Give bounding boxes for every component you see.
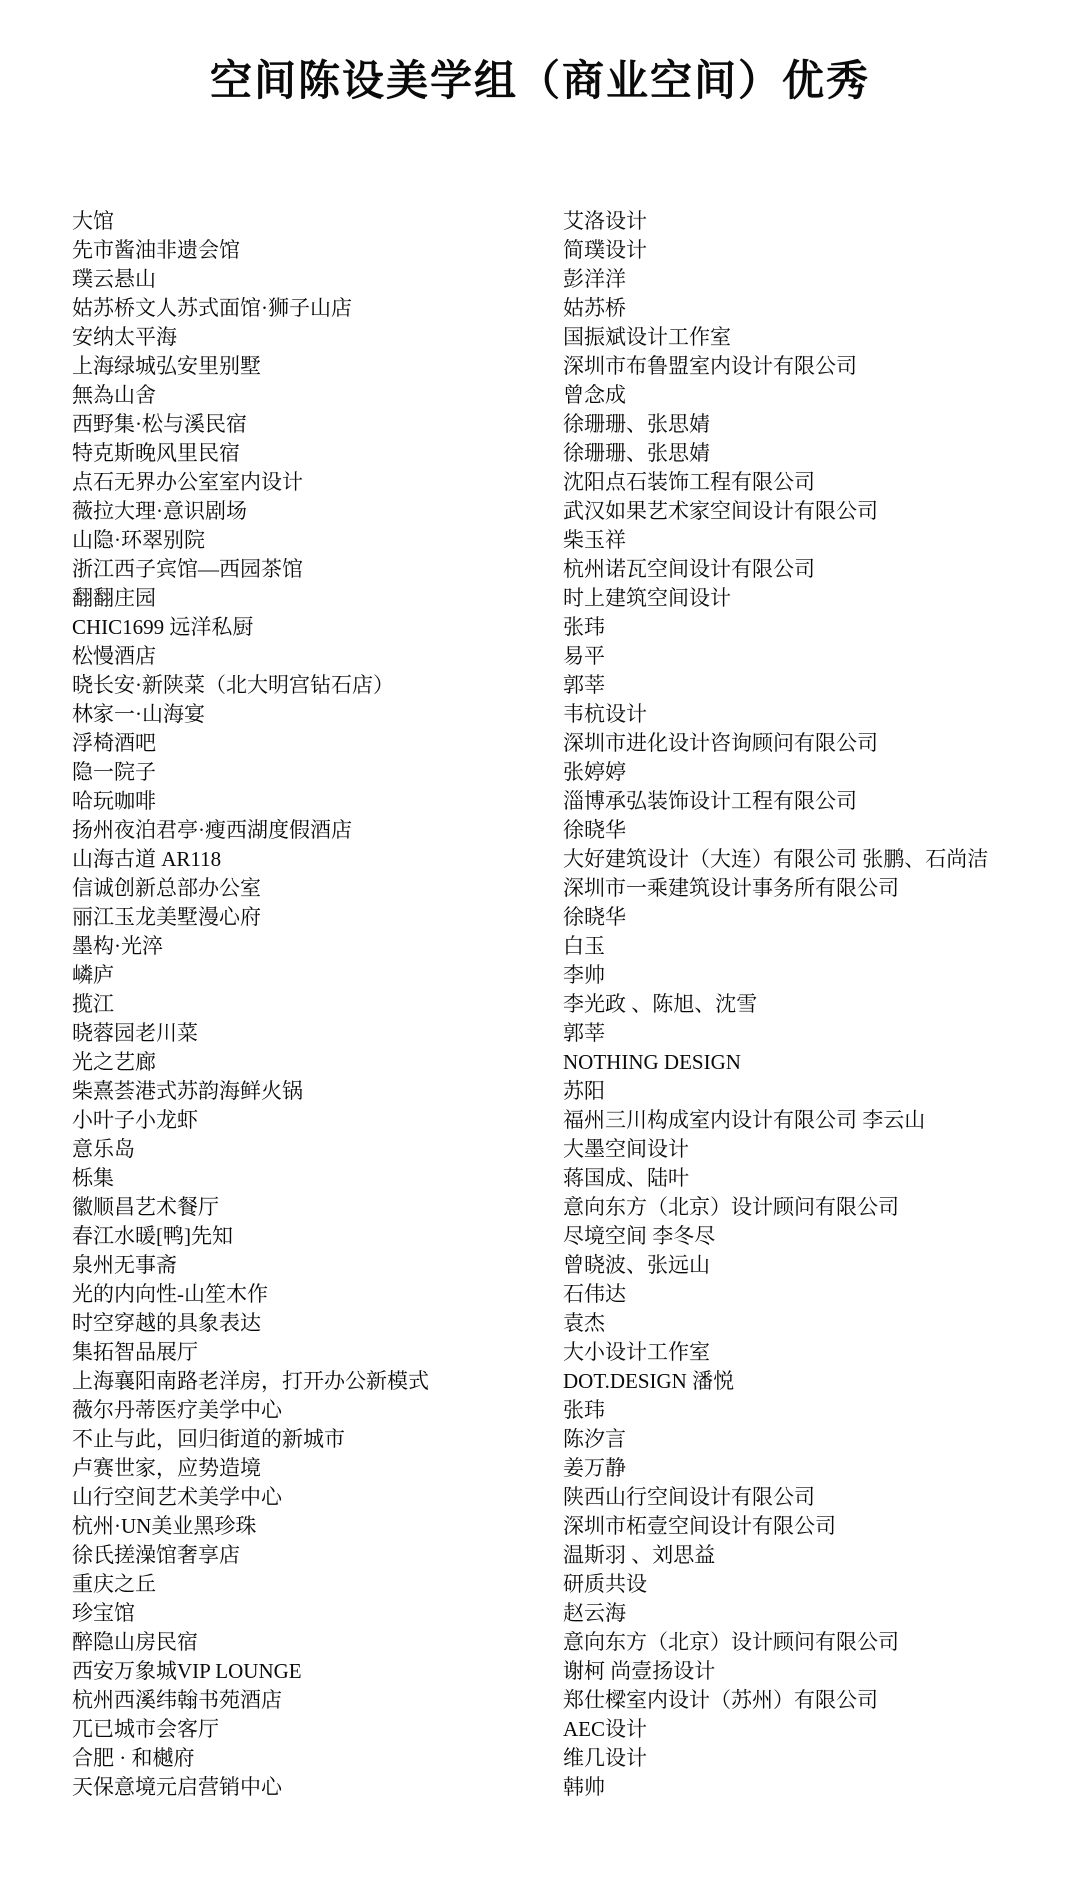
award-row: 浙江西子宾馆—西园茶馆杭州诺瓦空间设计有限公司 [72,555,1060,584]
award-row: 天保意境元启营销中心韩帅 [72,1773,1060,1802]
designer-name: 大小设计工作室 [563,1338,1060,1367]
project-name: 西安万象城VIP LOUNGE [72,1657,563,1686]
project-name: 翻翻庄园 [72,584,563,613]
project-name: 光之艺廊 [72,1048,563,1077]
award-list: 大馆艾洛设计先市酱油非遗会馆简璞设计璞云悬山彭洋洋姑苏桥文人苏式面馆·狮子山店姑… [0,207,1080,1802]
project-name: 姑苏桥文人苏式面馆·狮子山店 [72,294,563,323]
award-row: 西安万象城VIP LOUNGE谢柯 尚壹扬设计 [72,1657,1060,1686]
designer-name: AEC设计 [563,1715,1060,1744]
project-name: 浙江西子宾馆—西园茶馆 [72,555,563,584]
award-row: 扬州夜泊君亭·瘦西湖度假酒店徐晓华 [72,816,1060,845]
award-row: 小叶子小龙虾福州三川构成室内设计有限公司 李云山 [72,1106,1060,1135]
award-row: 合肥 · 和樾府维几设计 [72,1744,1060,1773]
designer-name: 艾洛设计 [563,207,1060,236]
award-row: 林家一·山海宴韦杭设计 [72,700,1060,729]
project-name: 大馆 [72,207,563,236]
award-row: 兀已城市会客厅AEC设计 [72,1715,1060,1744]
award-row: 泉州无事斋曾晓波、张远山 [72,1251,1060,1280]
designer-name: 淄博承弘装饰设计工程有限公司 [563,787,1060,816]
project-name: 意乐岛 [72,1135,563,1164]
award-row: 春江水暖[鸭]先知尽境空间 李冬尽 [72,1222,1060,1251]
project-name: 上海襄阳南路老洋房，打开办公新模式 [72,1367,563,1396]
designer-name: 维几设计 [563,1744,1060,1773]
designer-name: 谢柯 尚壹扬设计 [563,1657,1060,1686]
award-row: 点石无界办公室室内设计沈阳点石装饰工程有限公司 [72,468,1060,497]
project-name: 重庆之丘 [72,1570,563,1599]
project-name: 合肥 · 和樾府 [72,1744,563,1773]
award-row: 柴熹荟港式苏韵海鲜火锅苏阳 [72,1077,1060,1106]
designer-name: 石伟达 [563,1280,1060,1309]
designer-name: 苏阳 [563,1077,1060,1106]
award-row: 卢赛世家，应势造境姜万静 [72,1454,1060,1483]
award-page: 空间陈设美学组（商业空间）优秀 大馆艾洛设计先市酱油非遗会馆简璞设计璞云悬山彭洋… [0,0,1080,1891]
project-name: 点石无界办公室室内设计 [72,468,563,497]
designer-name: DOT.DESIGN 潘悦 [563,1367,1060,1396]
designer-name: 杭州诺瓦空间设计有限公司 [563,555,1060,584]
designer-name: NOTHING DESIGN [563,1048,1060,1077]
designer-name: 大墨空间设计 [563,1135,1060,1164]
project-name: 集拓智品展厅 [72,1338,563,1367]
award-row: 璞云悬山彭洋洋 [72,265,1060,294]
project-name: 春江水暖[鸭]先知 [72,1222,563,1251]
award-row: 墨构·光淬白玉 [72,932,1060,961]
award-row: 意乐岛大墨空间设计 [72,1135,1060,1164]
project-name: 晓蓉园老川菜 [72,1019,563,1048]
designer-name: 姜万静 [563,1454,1060,1483]
project-name: 光的内向性-山笙木作 [72,1280,563,1309]
award-row: 杭州·UN美业黑珍珠深圳市柘壹空间设计有限公司 [72,1512,1060,1541]
award-row: 嶙庐李帅 [72,961,1060,990]
award-row: 晓长安·新陕菜（北大明宫钻石店）郭莘 [72,671,1060,700]
designer-name: 李光政 、陈旭、沈雪 [563,990,1060,1019]
designer-name: 白玉 [563,932,1060,961]
designer-name: 温斯羽 、刘思益 [563,1541,1060,1570]
designer-name: 研质共设 [563,1570,1060,1599]
designer-name: 张玮 [563,1396,1060,1425]
award-row: 醉隐山房民宿意向东方（北京）设计顾问有限公司 [72,1628,1060,1657]
award-row: 姑苏桥文人苏式面馆·狮子山店姑苏桥 [72,294,1060,323]
designer-name: 尽境空间 李冬尽 [563,1222,1060,1251]
project-name: 小叶子小龙虾 [72,1106,563,1135]
project-name: 扬州夜泊君亭·瘦西湖度假酒店 [72,816,563,845]
project-name: 徐氏搓澡馆奢享店 [72,1541,563,1570]
project-name: 时空穿越的具象表达 [72,1309,563,1338]
designer-name: 姑苏桥 [563,294,1060,323]
designer-name: 张玮 [563,613,1060,642]
award-row: 西野集·松与溪民宿徐珊珊、张思婧 [72,410,1060,439]
award-row: 不止与此，回归街道的新城市陈汐言 [72,1425,1060,1454]
designer-name: 意向东方（北京）设计顾问有限公司 [563,1628,1060,1657]
project-name: 泉州无事斋 [72,1251,563,1280]
project-name: 嶙庐 [72,961,563,990]
designer-name: 曾念成 [563,381,1060,410]
designer-name: 意向东方（北京）设计顾问有限公司 [563,1193,1060,1222]
award-row: 栎集蒋国成、陆叶 [72,1164,1060,1193]
project-name: 西野集·松与溪民宿 [72,410,563,439]
project-name: 柴熹荟港式苏韵海鲜火锅 [72,1077,563,1106]
designer-name: 李帅 [563,961,1060,990]
award-row: 上海襄阳南路老洋房，打开办公新模式DOT.DESIGN 潘悦 [72,1367,1060,1396]
project-name: 山隐·环翠别院 [72,526,563,555]
award-row: 光的内向性-山笙木作石伟达 [72,1280,1060,1309]
designer-name: 深圳市布鲁盟室内设计有限公司 [563,352,1060,381]
designer-name: 福州三川构成室内设计有限公司 李云山 [563,1106,1060,1135]
award-row: CHIC1699 远洋私厨张玮 [72,613,1060,642]
designer-name: 深圳市柘壹空间设计有限公司 [563,1512,1060,1541]
project-name: 安纳太平海 [72,323,563,352]
project-name: 山海古道 AR118 [72,845,563,874]
designer-name: 深圳市一乘建筑设计事务所有限公司 [563,874,1060,903]
award-row: 杭州西溪纬翰书苑酒店郑仕樑室内设计（苏州）有限公司 [72,1686,1060,1715]
award-row: 时空穿越的具象表达袁杰 [72,1309,1060,1338]
designer-name: 郭莘 [563,671,1060,700]
project-name: 薇尔丹蒂医疗美学中心 [72,1396,563,1425]
award-row: 薇拉大理·意识剧场武汉如果艺术家空间设计有限公司 [72,497,1060,526]
designer-name: 时上建筑空间设计 [563,584,1060,613]
award-row: 集拓智品展厅大小设计工作室 [72,1338,1060,1367]
designer-name: 郑仕樑室内设计（苏州）有限公司 [563,1686,1060,1715]
award-row: 哈玩咖啡淄博承弘装饰设计工程有限公司 [72,787,1060,816]
award-row: 安纳太平海国振斌设计工作室 [72,323,1060,352]
designer-name: 陈汐言 [563,1425,1060,1454]
project-name: 天保意境元启营销中心 [72,1773,563,1802]
designer-name: 徐珊珊、张思婧 [563,410,1060,439]
page-title: 空间陈设美学组（商业空间）优秀 [0,0,1080,110]
project-name: 兀已城市会客厅 [72,1715,563,1744]
designer-name: 蒋国成、陆叶 [563,1164,1060,1193]
project-name: 無為山舍 [72,381,563,410]
award-row: 山行空间艺术美学中心陕西山行空间设计有限公司 [72,1483,1060,1512]
award-row: 大馆艾洛设计 [72,207,1060,236]
designer-name: 深圳市进化设计咨询顾问有限公司 [563,729,1060,758]
project-name: 松慢酒店 [72,642,563,671]
designer-name: 沈阳点石装饰工程有限公司 [563,468,1060,497]
project-name: 徽顺昌艺术餐厅 [72,1193,563,1222]
project-name: 哈玩咖啡 [72,787,563,816]
award-row: 翻翻庄园时上建筑空间设计 [72,584,1060,613]
project-name: CHIC1699 远洋私厨 [72,613,563,642]
project-name: 卢赛世家，应势造境 [72,1454,563,1483]
project-name: 璞云悬山 [72,265,563,294]
award-row: 上海绿城弘安里别墅深圳市布鲁盟室内设计有限公司 [72,352,1060,381]
project-name: 墨构·光淬 [72,932,563,961]
award-row: 信诚创新总部办公室深圳市一乘建筑设计事务所有限公司 [72,874,1060,903]
project-name: 丽江玉龙美墅漫心府 [72,903,563,932]
award-row: 揽江李光政 、陈旭、沈雪 [72,990,1060,1019]
project-name: 杭州·UN美业黑珍珠 [72,1512,563,1541]
project-name: 先市酱油非遗会馆 [72,236,563,265]
project-name: 信诚创新总部办公室 [72,874,563,903]
designer-name: 彭洋洋 [563,265,1060,294]
award-row: 珍宝馆赵云海 [72,1599,1060,1628]
designer-name: 袁杰 [563,1309,1060,1338]
award-row: 松慢酒店易平 [72,642,1060,671]
project-name: 珍宝馆 [72,1599,563,1628]
designer-name: 徐珊珊、张思婧 [563,439,1060,468]
project-name: 杭州西溪纬翰书苑酒店 [72,1686,563,1715]
award-row: 先市酱油非遗会馆简璞设计 [72,236,1060,265]
project-name: 山行空间艺术美学中心 [72,1483,563,1512]
award-row: 隐一院子张婷婷 [72,758,1060,787]
project-name: 林家一·山海宴 [72,700,563,729]
award-row: 重庆之丘研质共设 [72,1570,1060,1599]
designer-name: 赵云海 [563,1599,1060,1628]
designer-name: 曾晓波、张远山 [563,1251,1060,1280]
project-name: 栎集 [72,1164,563,1193]
designer-name: 国振斌设计工作室 [563,323,1060,352]
designer-name: 郭莘 [563,1019,1060,1048]
project-name: 特克斯晚风里民宿 [72,439,563,468]
project-name: 浮椅酒吧 [72,729,563,758]
designer-name: 徐晓华 [563,816,1060,845]
award-row: 山海古道 AR118大好建筑设计（大连）有限公司 张鹏、石尚洁 [72,845,1060,874]
designer-name: 徐晓华 [563,903,1060,932]
award-row: 光之艺廊NOTHING DESIGN [72,1048,1060,1077]
project-name: 薇拉大理·意识剧场 [72,497,563,526]
designer-name: 韩帅 [563,1773,1060,1802]
award-row: 徐氏搓澡馆奢享店温斯羽 、刘思益 [72,1541,1060,1570]
designer-name: 简璞设计 [563,236,1060,265]
award-row: 晓蓉园老川菜郭莘 [72,1019,1060,1048]
project-name: 醉隐山房民宿 [72,1628,563,1657]
designer-name: 张婷婷 [563,758,1060,787]
award-row: 丽江玉龙美墅漫心府徐晓华 [72,903,1060,932]
project-name: 上海绿城弘安里别墅 [72,352,563,381]
project-name: 不止与此，回归街道的新城市 [72,1425,563,1454]
project-name: 隐一院子 [72,758,563,787]
award-row: 山隐·环翠别院柴玉祥 [72,526,1060,555]
designer-name: 韦杭设计 [563,700,1060,729]
project-name: 晓长安·新陕菜（北大明宫钻石店） [72,671,563,700]
designer-name: 武汉如果艺术家空间设计有限公司 [563,497,1060,526]
award-row: 薇尔丹蒂医疗美学中心张玮 [72,1396,1060,1425]
designer-name: 陕西山行空间设计有限公司 [563,1483,1060,1512]
project-name: 揽江 [72,990,563,1019]
designer-name: 易平 [563,642,1060,671]
award-row: 無為山舍曾念成 [72,381,1060,410]
award-row: 特克斯晚风里民宿徐珊珊、张思婧 [72,439,1060,468]
designer-name: 大好建筑设计（大连）有限公司 张鹏、石尚洁 [563,845,1060,874]
designer-name: 柴玉祥 [563,526,1060,555]
award-row: 徽顺昌艺术餐厅意向东方（北京）设计顾问有限公司 [72,1193,1060,1222]
award-row: 浮椅酒吧深圳市进化设计咨询顾问有限公司 [72,729,1060,758]
